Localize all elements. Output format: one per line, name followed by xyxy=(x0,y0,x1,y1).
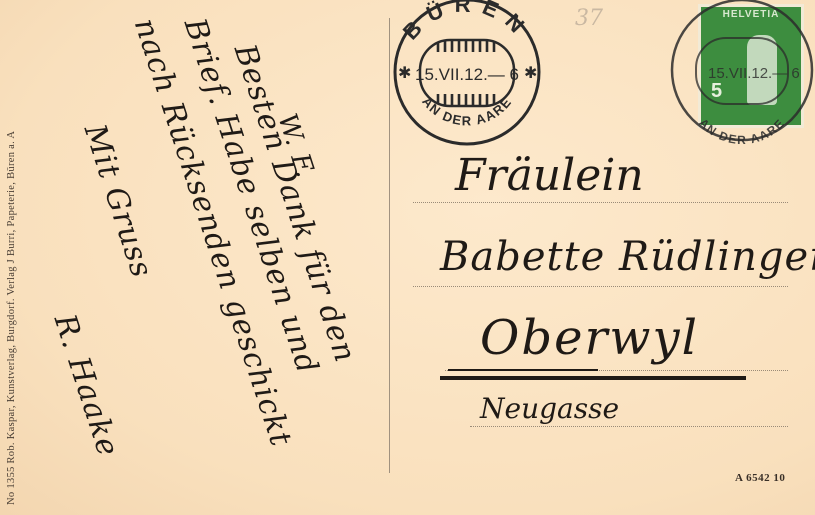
svg-text:15.VII.12.— 6: 15.VII.12.— 6 xyxy=(415,65,519,84)
postmark-buren: 15.VII.12.— 6 BÜREN AN DER AARE ✱ ✱ xyxy=(384,0,550,150)
print-number: A 6542 10 xyxy=(735,472,785,484)
postmark-cancellation: 15.VII.12.— 6 AN DER AARE xyxy=(664,0,815,150)
address-street: Neugasse xyxy=(480,392,619,425)
underline-thin xyxy=(448,369,598,371)
underline xyxy=(440,376,746,380)
address-line-2 xyxy=(413,286,788,287)
address-line-4 xyxy=(470,426,788,427)
svg-text:15.VII.12.— 6: 15.VII.12.— 6 xyxy=(708,65,800,82)
message-line: Mit Gruss xyxy=(77,120,160,282)
message-signature: R. Haake xyxy=(47,310,126,461)
address-line-1 xyxy=(413,202,788,203)
pencil-note: 37 xyxy=(575,6,603,31)
address-town: Oberwyl xyxy=(480,310,699,366)
address-name: Babette Rüdlinger xyxy=(440,234,815,280)
svg-text:BÜREN: BÜREN xyxy=(398,0,536,45)
message-area: W. F. Besten Dank für den Brief. Habe se… xyxy=(60,0,390,515)
svg-text:AN DER AARE: AN DER AARE xyxy=(696,116,788,147)
publisher-imprint: No 1355 Rob. Kaspar, Kunstverlag, Burgdo… xyxy=(6,5,17,505)
svg-text:✱: ✱ xyxy=(398,65,411,82)
postcard: No 1355 Rob. Kaspar, Kunstverlag, Burgdo… xyxy=(0,0,815,515)
address-salutation: Fräulein xyxy=(455,150,644,201)
svg-text:✱: ✱ xyxy=(524,65,537,82)
